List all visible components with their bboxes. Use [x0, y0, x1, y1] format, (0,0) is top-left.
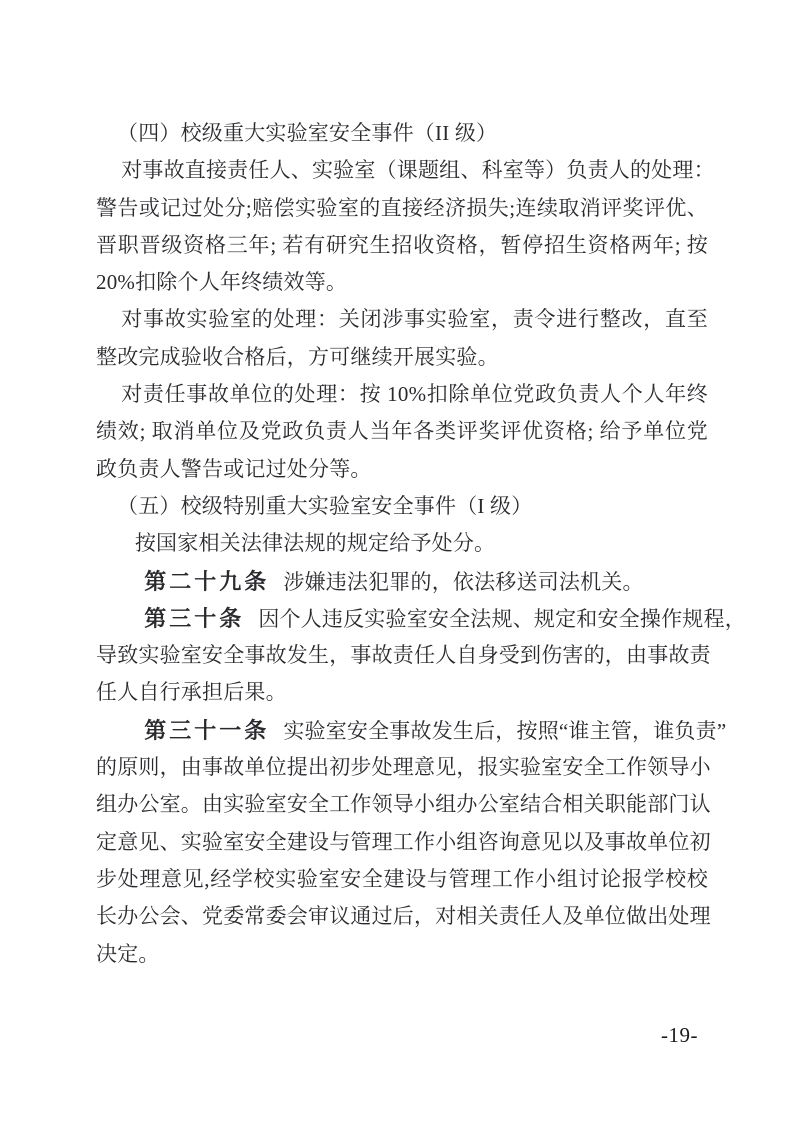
text-line: 对事故实验室的处理：关闭涉事实验室，责令进行整改，直至 [96, 301, 708, 338]
text-line: （五）校级特别重大实验室安全事件（I 级） [96, 488, 708, 525]
line-text: 按国家相关法律法规的规定给予处分。 [135, 531, 495, 555]
line-text: 对事故实验室的处理：关闭涉事实验室，责令进行整改，直至 [121, 307, 708, 331]
line-text: 因个人违反实验室安全法规、规定和安全操作规程， [258, 607, 746, 631]
document-page: （四）校级重大实验室安全事件（II 级） 对事故直接责任人、实验室（课题组、科室… [0, 0, 793, 1122]
article-number: 第三十条 [144, 606, 244, 631]
line-text: 整改完成验收合格后，方可继续开展实验。 [96, 345, 499, 369]
line-text: 对责任事故单位的处理：按 10%扣除单位党政负责人个人年终 [121, 382, 708, 406]
text-line: 晋职晋级资格三年; 若有研究生招收资格，暂停招生资格两年; 按 [96, 227, 708, 264]
text-line: 对事故直接责任人、实验室（课题组、科室等）负责人的处理： [96, 152, 708, 189]
line-text: （四）校级重大实验室安全事件（II 级） [117, 121, 497, 145]
text-line: 整改完成验收合格后，方可继续开展实验。 [96, 339, 708, 376]
text-line: 定意见、实验室安全建设与管理工作小组咨询意见以及事故单位初 [96, 824, 708, 861]
line-text: 警告或记过处分;赔偿实验室的直接经济损失;连续取消评奖评优、 [96, 196, 708, 220]
text-line: 长办公会、党委常委会审议通过后，对相关责任人及单位做出处理 [96, 898, 708, 935]
line-text: 任人自行承担后果。 [96, 680, 287, 704]
line-text: 绩效; 取消单位及党政负责人当年各类评奖评优资格; 给予单位党 [96, 419, 708, 443]
article-number: 第二十九条 [144, 569, 269, 594]
line-text: 组办公室。由实验室安全工作领导小组办公室结合相关职能部门认 [96, 792, 711, 816]
text-line: 绩效; 取消单位及党政负责人当年各类评奖评优资格; 给予单位党 [96, 413, 708, 450]
line-text: 导致实验室安全事故发生，事故责任人自身受到伤害的，由事故责 [96, 643, 711, 667]
line-text: （五）校级特别重大实验室安全事件（I 级） [117, 494, 532, 518]
line-text: 长办公会、党委常委会审议通过后，对相关责任人及单位做出处理 [96, 904, 711, 928]
text-line: 导致实验室安全事故发生，事故责任人自身受到伤害的，由事故责 [96, 637, 708, 674]
line-text: 政负责人警告或记过处分等。 [96, 457, 372, 481]
line-text: 定意见、实验室安全建设与管理工作小组咨询意见以及事故单位初 [96, 830, 711, 854]
line-text: 步处理意见,经学校实验室安全建设与管理工作小组讨论报学校校 [96, 867, 708, 891]
article-number: 第三十一条 [144, 718, 269, 743]
text-line: 组办公室。由实验室安全工作领导小组办公室结合相关职能部门认 [96, 786, 708, 823]
text-line: 的原则，由事故单位提出初步处理意见，报实验室安全工作领导小 [96, 749, 708, 786]
line-text: 决定。 [96, 942, 160, 966]
line-text: 实验室安全事故发生后，按照“谁主管，谁负责” [283, 719, 726, 743]
text-line: 第三十一条实验室安全事故发生后，按照“谁主管，谁负责” [96, 712, 708, 749]
page-number: -19- [661, 1023, 698, 1047]
text-line: 警告或记过处分;赔偿实验室的直接经济损失;连续取消评奖评优、 [96, 190, 708, 227]
line-text: 的原则，由事故单位提出初步处理意见，报实验室安全工作领导小 [96, 755, 711, 779]
text-line: （四）校级重大实验室安全事件（II 级） [96, 115, 708, 152]
text-line: 第二十九条涉嫌违法犯罪的，依法移送司法机关。 [96, 563, 708, 600]
text-line: 20%扣除个人年终绩效等。 [96, 264, 708, 301]
text-line: 决定。 [96, 936, 708, 973]
text-line: 步处理意见,经学校实验室安全建设与管理工作小组讨论报学校校 [96, 861, 708, 898]
document-body: （四）校级重大实验室安全事件（II 级） 对事故直接责任人、实验室（课题组、科室… [96, 115, 708, 973]
text-line: 政负责人警告或记过处分等。 [96, 451, 708, 488]
line-text: 20%扣除个人年终绩效等。 [96, 270, 347, 294]
text-line: 按国家相关法律法规的规定给予处分。 [96, 525, 708, 562]
line-text: 涉嫌违法犯罪的，依法移送司法机关。 [283, 570, 643, 594]
line-text: 晋职晋级资格三年; 若有研究生招收资格，暂停招生资格两年; 按 [96, 233, 708, 257]
text-line: 任人自行承担后果。 [96, 674, 708, 711]
text-line: 第三十条因个人违反实验室安全法规、规定和安全操作规程， [96, 600, 708, 637]
line-text: 对事故直接责任人、实验室（课题组、科室等）负责人的处理： [121, 158, 715, 182]
text-line: 对责任事故单位的处理：按 10%扣除单位党政负责人个人年终 [96, 376, 708, 413]
